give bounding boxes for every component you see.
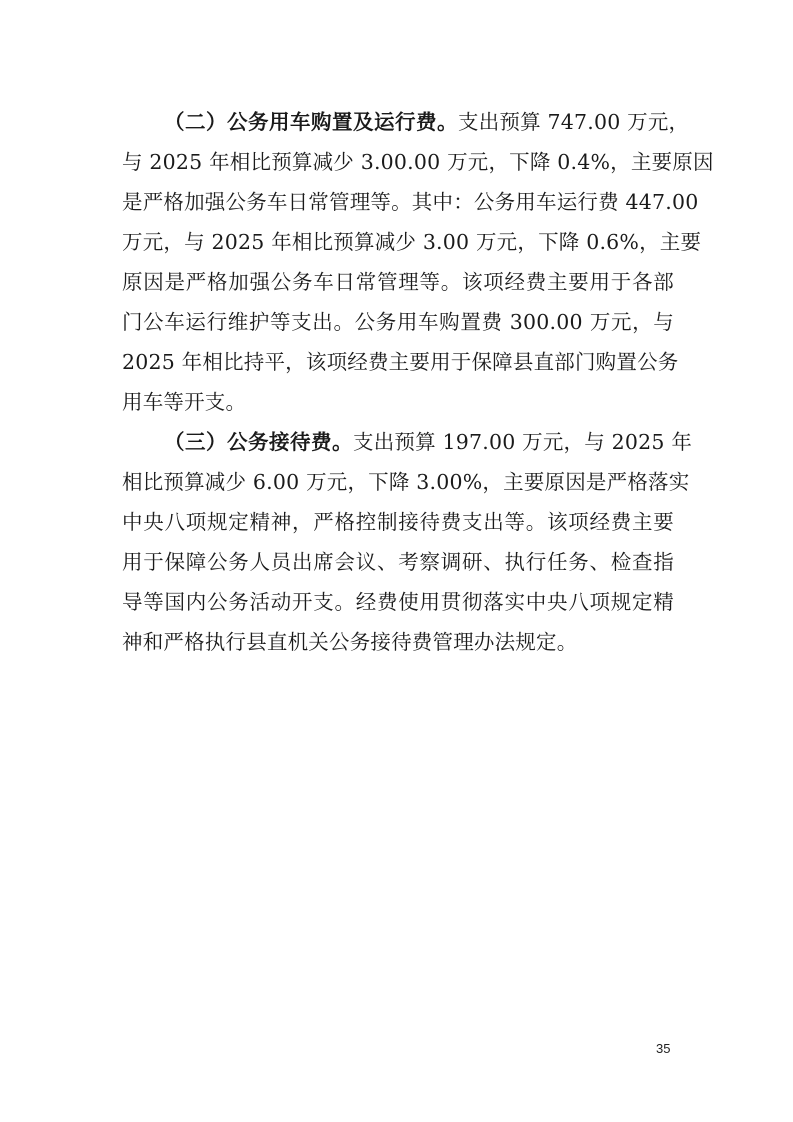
paragraph-line: 2025 年相比持平，该项经费主要用于保障县直部门购置公务 bbox=[122, 342, 674, 382]
paragraph-line: 导等国内公务活动开支。经费使用贯彻落实中央八项规定精 bbox=[122, 582, 674, 622]
paragraph-line: 原因是严格加强公务车日常管理等。该项经费主要用于各部 bbox=[122, 262, 674, 302]
document-page: （二）公务用车购置及运行费。支出预算 747.00 万元， 与 2025 年相比… bbox=[0, 0, 793, 1122]
paragraph-line: 万元，与 2025 年相比预算减少 3.00 万元，下降 0.6%，主要 bbox=[122, 222, 674, 262]
paragraph-line: 用于保障公务人员出席会议、考察调研、执行任务、检查指 bbox=[122, 542, 674, 582]
section-vehicle-expenses: （二）公务用车购置及运行费。支出预算 747.00 万元， 与 2025 年相比… bbox=[122, 102, 674, 422]
paragraph-line: 相比预算减少 6.00 万元，下降 3.00%，主要原因是严格落实 bbox=[122, 462, 674, 502]
paragraph-line: （三）公务接待费。支出预算 197.00 万元，与 2025 年 bbox=[122, 422, 674, 462]
section-heading: （二）公务用车购置及运行费。 bbox=[164, 110, 458, 134]
document-body: （二）公务用车购置及运行费。支出预算 747.00 万元， 与 2025 年相比… bbox=[122, 102, 674, 662]
paragraph-line: 中央八项规定精神，严格控制接待费支出等。该项经费主要 bbox=[122, 502, 674, 542]
section-heading: （三）公务接待费。 bbox=[164, 430, 353, 454]
paragraph-line: 与 2025 年相比预算减少 3.00.00 万元，下降 0.4%，主要原因 bbox=[122, 142, 674, 182]
paragraph-text: 支出预算 747.00 万元， bbox=[458, 110, 689, 134]
paragraph-line: 是严格加强公务车日常管理等。其中：公务用车运行费 447.00 bbox=[122, 182, 674, 222]
paragraph-line: 神和严格执行县直机关公务接待费管理办法规定。 bbox=[122, 622, 674, 662]
section-reception-expenses: （三）公务接待费。支出预算 197.00 万元，与 2025 年 相比预算减少 … bbox=[122, 422, 674, 662]
paragraph-text: 支出预算 197.00 万元，与 2025 年 bbox=[353, 430, 692, 454]
paragraph-line: 用车等开支。 bbox=[122, 382, 674, 422]
paragraph-line: （二）公务用车购置及运行费。支出预算 747.00 万元， bbox=[122, 102, 674, 142]
page-number: 35 bbox=[656, 1041, 670, 1056]
paragraph-line: 门公车运行维护等支出。公务用车购置费 300.00 万元，与 bbox=[122, 302, 674, 342]
